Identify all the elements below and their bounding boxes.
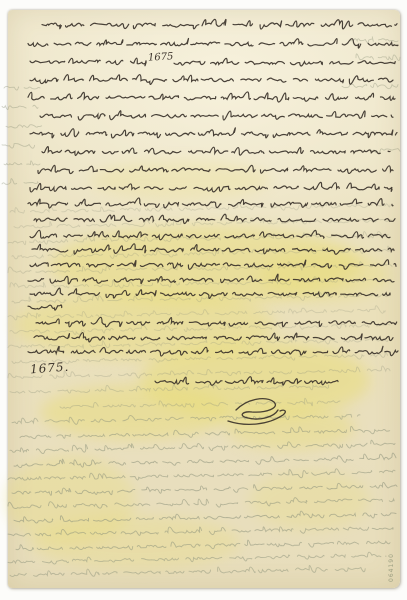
- bleed-margin-mark: [2, 144, 35, 149]
- ink-line: [42, 19, 397, 29]
- ink-line: [30, 58, 146, 66]
- scanned-manuscript: { "page": { "kind": "archival scan of a …: [0, 0, 407, 600]
- bleed-line: [14, 218, 391, 228]
- ink-line: [30, 128, 397, 138]
- bleed-line: [8, 552, 386, 564]
- bleed-margin-mark: [6, 125, 42, 128]
- bleed-line: [10, 383, 329, 393]
- bleed-line: [60, 398, 340, 408]
- bleed-line: [16, 540, 390, 550]
- ink-line: [28, 305, 62, 310]
- bleed-line: [12, 246, 390, 259]
- bleed-margin-mark: [2, 179, 38, 185]
- signature-flourish: [236, 399, 278, 419]
- bleed-line: [10, 440, 395, 453]
- ink-line: [32, 244, 394, 254]
- bleed-line: [12, 414, 360, 424]
- bleed-line: [10, 323, 390, 334]
- bleed-margin-mark: [4, 161, 40, 165]
- ink-line: [42, 147, 390, 156]
- ink-line: [30, 230, 390, 240]
- bleed-margin-mark: [4, 86, 40, 90]
- archive-number: 064190: [388, 548, 400, 588]
- ink-line: [30, 288, 390, 298]
- handwriting-layer: [0, 0, 407, 600]
- ink-line: [34, 333, 393, 342]
- ink-line: [30, 75, 393, 85]
- bleed-line: [12, 482, 397, 495]
- ink-line: [36, 317, 397, 327]
- bleed-line: [8, 498, 394, 509]
- bleed-line: [8, 337, 388, 348]
- bleed-line: [8, 469, 395, 480]
- bleed-line: [8, 306, 385, 320]
- bleed-line: [10, 565, 365, 576]
- ink-line: [38, 165, 393, 173]
- year-token-inline: 1675: [148, 52, 174, 63]
- ink-line: [30, 182, 392, 192]
- archive-number-text: 064190: [388, 553, 395, 582]
- bleed-line: [20, 426, 390, 438]
- bleed-line: [14, 511, 396, 523]
- ink-line: [28, 39, 398, 49]
- ink-line: [40, 111, 393, 120]
- ink-line: [30, 260, 396, 270]
- ink-line: [155, 377, 338, 386]
- bleed-margin-mark: [356, 54, 400, 61]
- dateline-1675: 1675.: [30, 361, 70, 376]
- bleed-line: [14, 453, 396, 467]
- bleed-margin-mark: [350, 37, 398, 43]
- ink-line: [28, 92, 395, 102]
- bleed-margin-mark: [2, 105, 38, 109]
- bleed-line: [8, 527, 393, 536]
